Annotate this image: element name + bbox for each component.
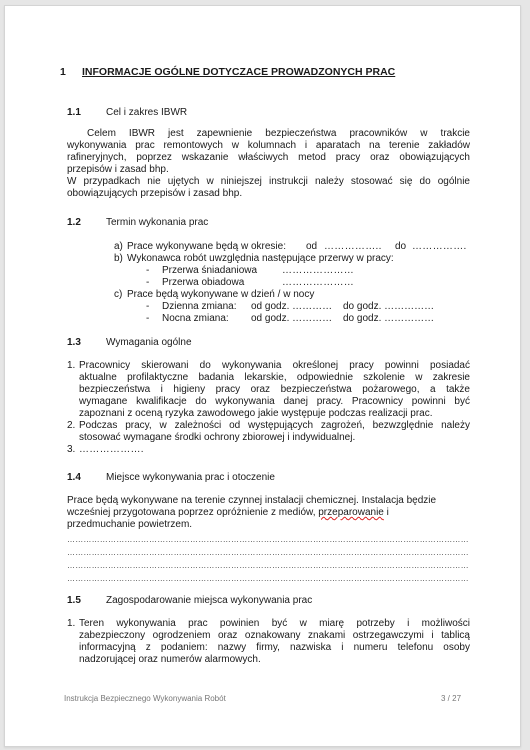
list-marker: 1. (67, 360, 75, 372)
shift-night: - Nocna zmiana: od godz. ………… do godz. …… (146, 313, 149, 325)
list-marker: b) (114, 253, 123, 264)
term-item-c: c) Prace będą wykonywane w dzień / w noc… (114, 289, 122, 301)
shift-to-blank: do godz. …………… (343, 301, 434, 313)
dash-marker: - (146, 277, 149, 288)
requirement-blank: ………………. (79, 444, 144, 456)
section-number: 1.2 (67, 217, 81, 228)
shift-day: - Dzienna zmiana: od godz. ………… do godz.… (146, 301, 149, 313)
section-number: 1.5 (67, 595, 81, 606)
text-line: informacyjną z podaniem: nazwy firmy, na… (79, 642, 470, 654)
break-time-blank: ………………… (282, 277, 354, 289)
section-1-4-line-3: przedmuchanie powietrzem. (67, 519, 192, 531)
section-title: Zagospodarowanie miejsca wykonywania pra… (106, 595, 312, 606)
blank-line: …………………………………………………………………………………………………………… (67, 535, 469, 544)
list-marker: a) (114, 241, 123, 252)
section-number: 1.3 (67, 337, 81, 348)
term-item-a: a) Prace wykonywane będą w okresie: od …… (114, 241, 123, 253)
section-1-4-line-2: wcześniej przygotowana poprzez opróżnien… (67, 507, 389, 519)
term-item-b: b) Wykonawca robót uwzględnia następując… (114, 253, 123, 265)
blank-line: …………………………………………………………………………………………………………… (67, 548, 469, 557)
shift-to-blank: do godz. …………… (343, 313, 434, 325)
item-label: Prace będą wykonywane w dzień / w nocy (127, 289, 314, 301)
shift-label: Dzienna zmiana: (162, 301, 236, 313)
shift-label: Nocna zmiana: (162, 313, 229, 325)
break-label: Przerwa śniadaniowa (162, 265, 257, 277)
chapter-heading: 1INFORMACJE OGÓLNE DOTYCZACE PROWADZONYC… (60, 66, 395, 78)
section-title: Cel i zakres IBWR (106, 107, 187, 118)
shift-from-blank: od godz. ………… (251, 301, 332, 313)
text-line: nadzorującej oraz numerów alarmowych. (79, 654, 470, 666)
section-title: Wymagania ogólne (106, 337, 192, 348)
section-1-1-paragraph-1: Celem IBWR jest zapewnienie bezpieczeńst… (67, 128, 470, 200)
blank-line: …………………………………………………………………………………………………………… (67, 574, 469, 583)
text-line: zapoznani z oceną ryzyka zawodowego jaki… (79, 408, 470, 420)
list-marker: 3. (67, 444, 75, 456)
section-1-4-line-1: Prace będą wykonywane na terenie czynnej… (67, 495, 436, 507)
section-number: 1.4 (67, 472, 81, 483)
footer-title: Instrukcja Bezpiecznego Wykonywania Robó… (64, 694, 226, 703)
section-title: Termin wykonania prac (106, 217, 208, 228)
text-line: przepisów i zasad bhp. (67, 164, 470, 176)
text-segment: wcześniej przygotowana poprzez opróżnien… (67, 507, 318, 518)
page-number: 3 / 27 (441, 694, 461, 703)
text-line: W przypadkach nie ujętych w niniejszej i… (67, 176, 470, 188)
item-label: Prace wykonywane będą w okresie: (127, 241, 286, 253)
break-label: Przerwa obiadowa (162, 277, 244, 289)
to-date-blank: ……………. (412, 241, 467, 253)
break-time-blank: ………………… (282, 265, 354, 277)
item-label: Wykonawca robót uwzględnia następujące p… (127, 253, 394, 265)
text-line: wykonywania prac remontowych w kolumnach… (67, 140, 470, 152)
blank-line: …………………………………………………………………………………………………………… (67, 561, 469, 570)
text-line: Podczas pracy, w zależności od występują… (79, 420, 470, 432)
from-label: od (306, 241, 317, 253)
text-line: bezpieczeństwa i higieny pracy oraz bezp… (79, 384, 470, 396)
section-title: Miejsce wykonywania prac i otoczenie (106, 472, 275, 483)
text-line: Pracownicy skierowani do wykonywania okr… (79, 360, 470, 372)
list-marker: 1. (67, 618, 75, 630)
break-breakfast: - Przerwa śniadaniowa ………………… (146, 265, 149, 277)
text-segment: i (384, 507, 389, 518)
chapter-number: 1 (60, 66, 82, 78)
from-date-blank: …………….. (324, 241, 382, 253)
text-line: zabezpieczony ogrodzeniem oraz oznakowan… (79, 630, 470, 642)
list-marker: c) (114, 289, 122, 300)
list-marker: 2. (67, 420, 75, 432)
text-line: Celem IBWR jest zapewnienie bezpieczeńst… (67, 128, 470, 140)
chapter-title: INFORMACJE OGÓLNE DOTYCZACE PROWADZONYCH… (82, 66, 395, 78)
break-lunch: - Przerwa obiadowa ………………… (146, 277, 149, 289)
dash-marker: - (146, 301, 149, 312)
text-line: obowiązujących przepisów i zasad bhp. (67, 188, 470, 200)
section-number: 1.1 (67, 107, 81, 118)
to-label: do (395, 241, 406, 253)
dash-marker: - (146, 265, 149, 276)
text-line: wymagane kwalifikacje do wykonywania dan… (79, 396, 470, 408)
text-line: Teren wykonywania prac powinien być w mi… (79, 618, 470, 630)
spellcheck-flagged-word[interactable]: przeparowanie (318, 507, 384, 518)
text-line: rafineryjnych, poprzez wskazanie właściw… (67, 152, 470, 164)
dash-marker: - (146, 313, 149, 324)
text-line: aktualne profilaktyczne badania lekarski… (79, 372, 470, 384)
text-line: stosować wymagane środki ochrony zbiorow… (79, 432, 470, 444)
shift-from-blank: od godz. ………… (251, 313, 332, 325)
